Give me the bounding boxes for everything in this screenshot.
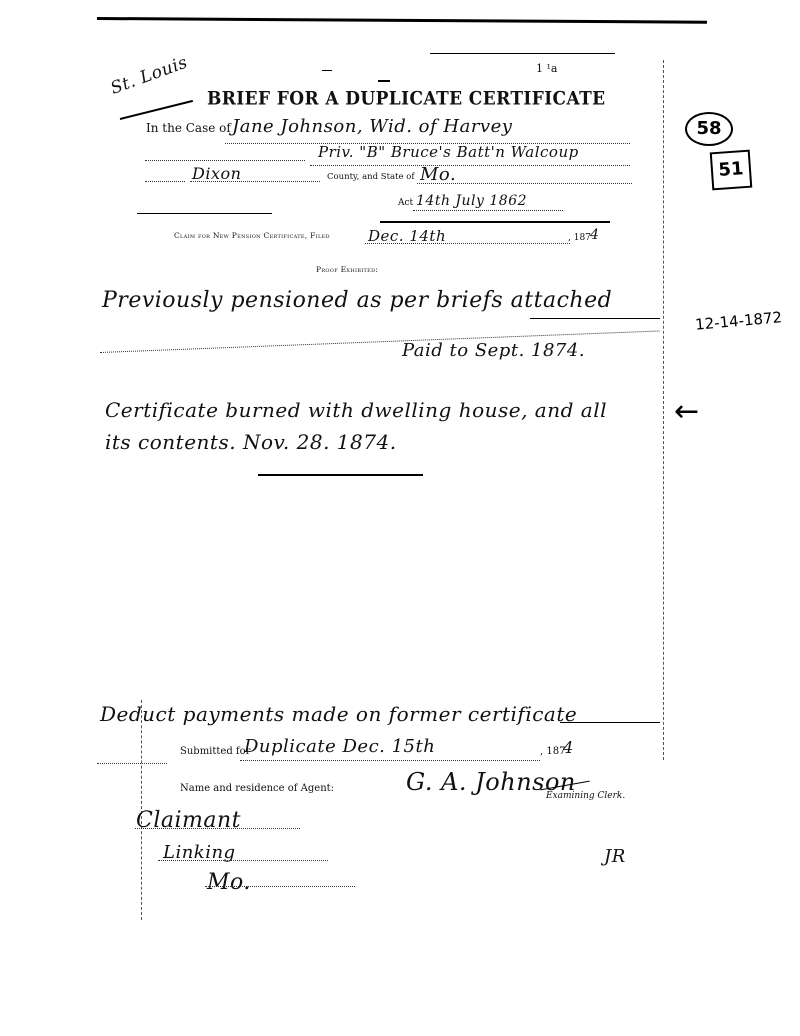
corner-underline [120, 100, 193, 120]
top-inner-rule [430, 53, 615, 54]
case-name-line2: Priv. "B" Bruce's Batt'n Walcoup [318, 143, 579, 161]
note-underline [258, 474, 423, 476]
county-leading [145, 181, 185, 182]
boxed-number: 51 [710, 150, 753, 191]
submitted-left-rule [97, 763, 167, 764]
circled-number: 58 [685, 112, 733, 146]
claim-filed-rule [365, 243, 570, 244]
state-value: Mo. [420, 164, 456, 185]
county-label: County, and State of [327, 172, 414, 182]
claim-label: Claim for New Pension Certificate, Filed [174, 231, 330, 240]
agent-line2-rule [158, 860, 328, 861]
arrow-left-icon: ← [674, 394, 699, 429]
case-name-line1: Jane Johnson, Wid. of Harvey [232, 116, 512, 137]
deduct-rule [560, 722, 660, 723]
agent-line1-rule [135, 828, 300, 829]
note-line2: Paid to Sept. 1874. [402, 340, 585, 361]
submitted-value: Duplicate Dec. 15th [244, 736, 435, 757]
act-value: 14th July 1862 [416, 193, 527, 209]
agent-label: Name and residence of Agent: [180, 783, 334, 794]
proof-label: Proof Exhibited: [316, 265, 378, 274]
submitted-label: Submitted for [180, 746, 250, 757]
scan-mark [322, 70, 332, 71]
submitted-year-suffix: 4 [563, 738, 574, 757]
circled-number-text: 58 [696, 118, 721, 139]
case-line2-rule [310, 165, 630, 166]
act-rule [413, 210, 563, 211]
claim-year-suffix: 4 [590, 227, 599, 243]
document-title: BRIEF FOR A DUPLICATE CERTIFICATE [207, 88, 606, 110]
right-margin-line [663, 60, 664, 760]
agent-line3-rule [205, 886, 355, 887]
agent-line3: Mo. [207, 870, 251, 895]
case-label: In the Case of [146, 121, 231, 135]
initials: JR [604, 846, 626, 867]
county-rule [190, 181, 320, 182]
deduct-text: Deduct payments made on former certifica… [100, 702, 577, 726]
submitted-rule [240, 760, 540, 761]
header-marks: 1 ¹a [536, 62, 557, 75]
agent-line1: Claimant [136, 808, 241, 833]
note-line4: its contents. Nov. 28. 1874. [105, 430, 397, 454]
note-line1-rule [530, 318, 660, 319]
boxed-number-text: 51 [718, 158, 744, 181]
corner-annotation: St. Louis [108, 52, 190, 98]
claim-year-prefix: , 187 [568, 233, 591, 243]
section-rule-right [380, 221, 610, 223]
note-line3: Certificate burned with dwelling house, … [105, 398, 607, 422]
date-note: 12-14-1872 [694, 308, 782, 334]
clerk-label: Examining Clerk. [546, 791, 625, 801]
submitted-year-prefix: , 187 [540, 746, 565, 757]
act-label: Act [398, 198, 413, 208]
section-rule [137, 213, 272, 214]
state-rule [417, 183, 632, 184]
note-line1: Previously pensioned as per briefs attac… [102, 288, 612, 313]
top-border-rule [97, 17, 707, 24]
scan-mark [378, 80, 390, 82]
case-line2-leading [145, 160, 305, 161]
